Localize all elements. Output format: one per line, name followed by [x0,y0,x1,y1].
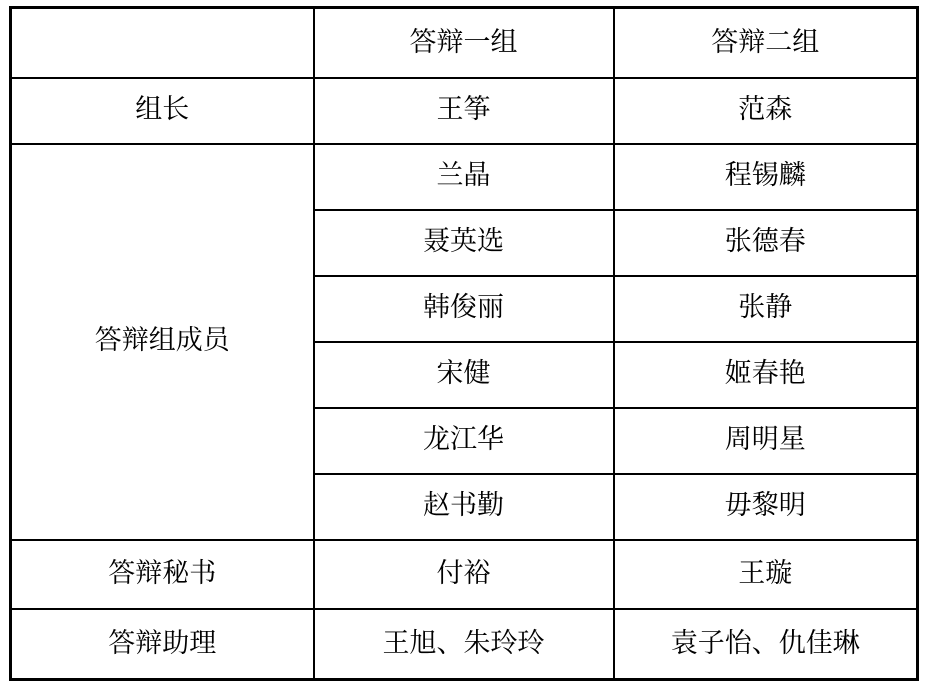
cell-assistant-group1: 王旭、朱玲玲 [314,609,614,680]
cell-secretary-group2: 王璇 [614,540,918,609]
row-label-leader: 组长 [11,78,314,144]
cell-secretary-group1: 付裕 [314,540,614,609]
member-cell-group1: 聂英选 [314,210,614,276]
cell-leader-group2: 范森 [614,78,918,144]
member-cell-group1: 赵书勤 [314,474,614,540]
row-label-members: 答辩组成员 [11,144,314,540]
defense-groups-table: 答辩一组 答辩二组 组长 王筝 范森 答辩组成员 兰晶 程锡麟 聂英选 张德春 … [9,6,919,681]
member-cell-group1: 兰晶 [314,144,614,210]
cell-leader-group1: 王筝 [314,78,614,144]
member-cell-group2: 姬春艳 [614,342,918,408]
member-cell-group2: 周明星 [614,408,918,474]
member-cell-group2: 张静 [614,276,918,342]
cell-assistant-group2: 袁子怡、仇佳琳 [614,609,918,680]
row-label-secretary: 答辩秘书 [11,540,314,609]
header-cell-blank [11,8,314,78]
member-cell-group2: 毋黎明 [614,474,918,540]
member-cell-group1: 宋健 [314,342,614,408]
table-row: 答辩一组 答辩二组 [11,8,918,78]
table-row: 答辩助理 王旭、朱玲玲 袁子怡、仇佳琳 [11,609,918,680]
table-row: 答辩秘书 付裕 王璇 [11,540,918,609]
header-cell-group1: 答辩一组 [314,8,614,78]
member-cell-group2: 程锡麟 [614,144,918,210]
member-cell-group1: 龙江华 [314,408,614,474]
table-row: 组长 王筝 范森 [11,78,918,144]
header-cell-group2: 答辩二组 [614,8,918,78]
member-cell-group2: 张德春 [614,210,918,276]
member-cell-group1: 韩俊丽 [314,276,614,342]
table-row: 答辩组成员 兰晶 程锡麟 [11,144,918,210]
defense-table-container: 答辩一组 答辩二组 组长 王筝 范森 答辩组成员 兰晶 程锡麟 聂英选 张德春 … [9,6,919,681]
row-label-assistant: 答辩助理 [11,609,314,680]
